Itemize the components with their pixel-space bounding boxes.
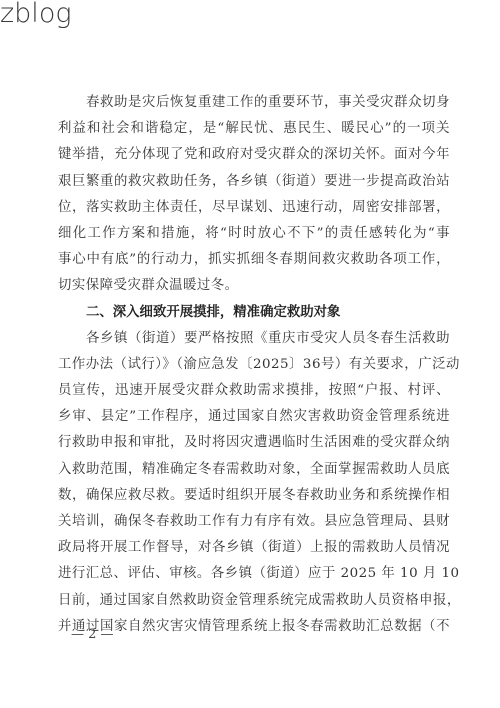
- paragraph-intro: 春救助是灾后恢复重建工作的重要环节，事关受灾群众切身 利益和社会和谐稳定，是“解…: [58, 90, 450, 300]
- text-line: 行救助申报和审批，及时将因灾遭遇临时生活困难的受灾群众纳: [58, 430, 450, 456]
- text-line: 日前，通过国家自然救助资金管理系统完成需救助人员资格申报，: [58, 588, 450, 614]
- text-line: 并通过国家自然灾害灾情管理系统上报冬春需救助汇总数据（不: [58, 614, 450, 640]
- text-line: 工作办法（试行）》（渝应急发〔2025〕36号）有关要求，广泛动: [58, 352, 450, 378]
- text-line: 关培训，确保冬春救助工作有力有序有效。县应急管理局、县财: [58, 509, 450, 535]
- document-page: 春救助是灾后恢复重建工作的重要环节，事关受灾群众切身 利益和社会和谐稳定，是“解…: [58, 90, 450, 640]
- paragraph-section-2: 各乡镇（街道）要严格按照《重庆市受灾人员冬春生活救助 工作办法（试行）》（渝应急…: [58, 326, 450, 640]
- text-line: 乡审、县定”工作程序，通过国家自然灾害救助资金管理系统进: [58, 404, 450, 430]
- text-line: 数，确保应救尽救。要适时组织开展冬春救助业务和系统操作相: [58, 483, 450, 509]
- text-line: 事心中有底”的行动力，抓实抓细冬春期间救灾救助各项工作，: [58, 247, 450, 273]
- watermark-logo: zblog: [0, 0, 72, 29]
- text-line: 入救助范围，精准确定冬春需救助对象，全面掌握需救助人员底: [58, 457, 450, 483]
- section-heading: 二、深入细致开展摸排，精准确定救助对象: [58, 300, 450, 326]
- text-line: 位，落实救助主体责任，尽早谋划、迅速行动，周密安排部署，: [58, 195, 450, 221]
- text-line: 春救助是灾后恢复重建工作的重要环节，事关受灾群众切身: [58, 90, 450, 116]
- text-line: 政局将开展工作督导，对各乡镇（街道）上报的需救助人员情况: [58, 535, 450, 561]
- text-line: 各乡镇（街道）要严格按照《重庆市受灾人员冬春生活救助: [58, 326, 450, 352]
- text-line: 键举措，充分体现了党和政府对受灾群众的深切关怀。面对今年: [58, 142, 450, 168]
- page-number: — 2 —: [71, 627, 114, 642]
- text-line: 利益和社会和谐稳定，是“解民忧、惠民生、暖民心”的一项关: [58, 116, 450, 142]
- text-line: 进行汇总、评估、审核。各乡镇（街道）应于 2025 年 10 月 10: [58, 561, 450, 587]
- text-line: 切实保障受灾群众温暖过冬。: [58, 273, 450, 299]
- text-line: 细化工作方案和措施，将“时时放心不下”的责任感转化为“事: [58, 221, 450, 247]
- text-line: 艰巨繁重的救灾救助任务，各乡镇（街道）要进一步提高政治站: [58, 169, 450, 195]
- text-line: 员宣传，迅速开展受灾群众救助需求摸排，按照“户报、村评、: [58, 378, 450, 404]
